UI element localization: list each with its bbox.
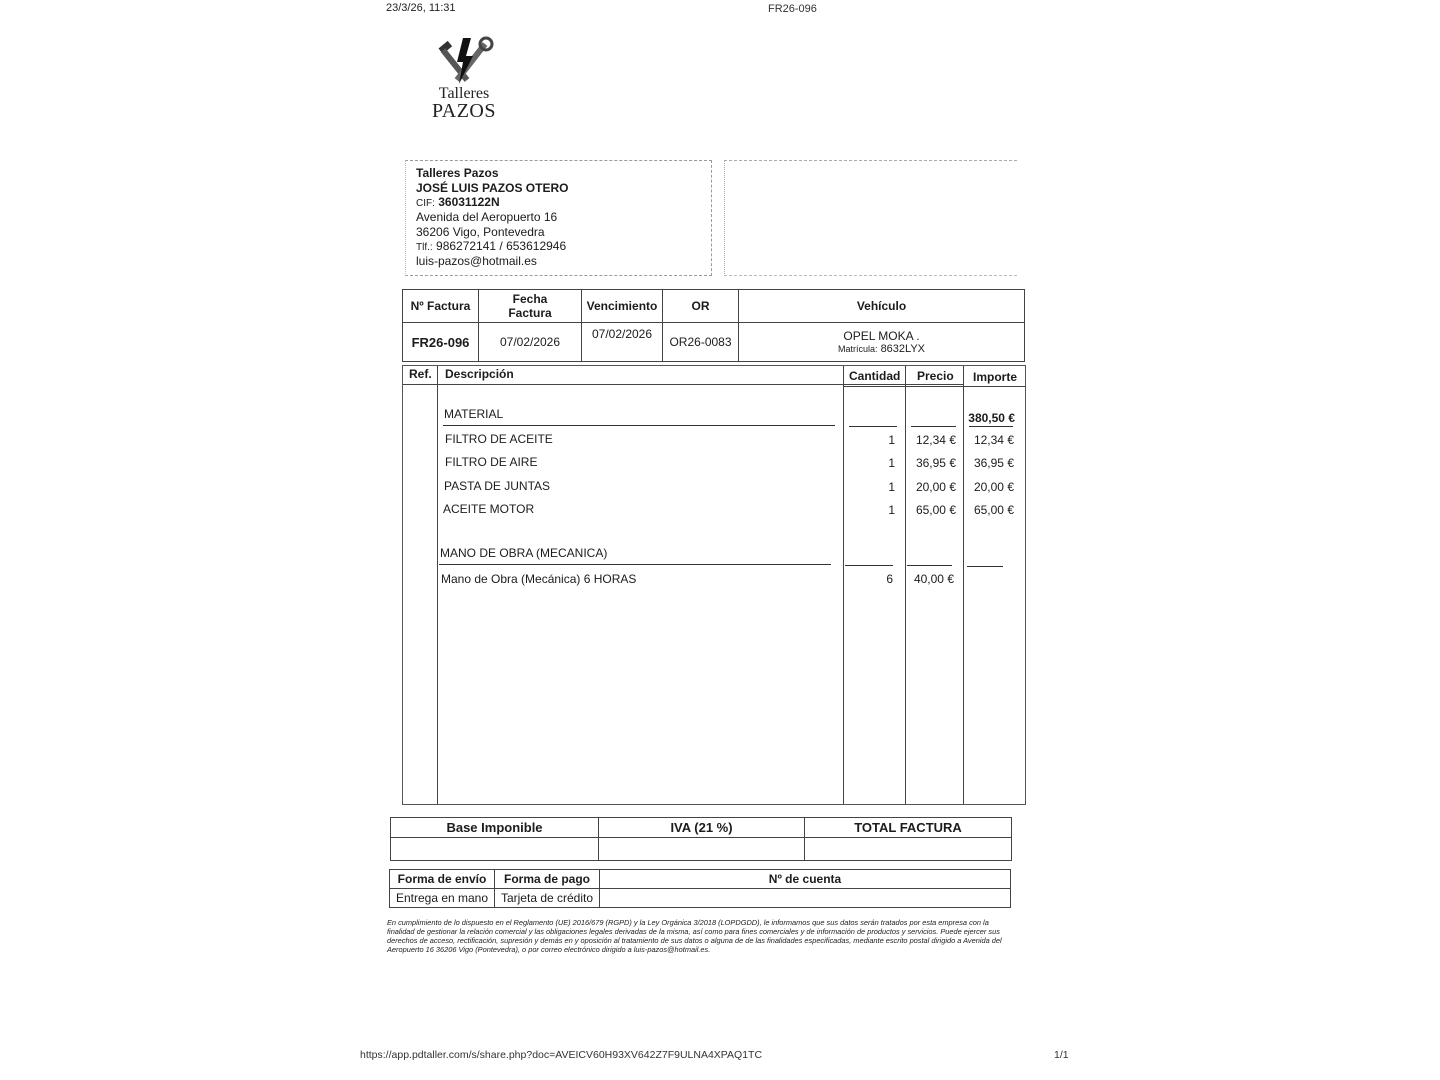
item-qty: 6 bbox=[843, 572, 893, 586]
item-amount: 20,00 € bbox=[963, 480, 1014, 494]
col-vehicle: Vehículo bbox=[739, 290, 1025, 323]
issuer-phone: Tlf.: 986272141 / 653612946 bbox=[416, 239, 566, 255]
group-title-material: MATERIAL bbox=[444, 407, 503, 421]
vehicle-model: OPEL MOKA . bbox=[739, 329, 1024, 343]
item-qty: 1 bbox=[843, 456, 895, 470]
col-ref: Ref. bbox=[409, 367, 432, 381]
group-title-labor: MANO DE OBRA (MECANICA) bbox=[440, 546, 607, 560]
col-base-imponible: Base Imponible bbox=[391, 818, 599, 838]
item-qty: 1 bbox=[843, 480, 895, 494]
issuer-cif: CIF: 36031122N bbox=[416, 195, 500, 211]
cif-label: CIF: bbox=[416, 198, 435, 209]
col-invoice-date: Fecha Factura bbox=[479, 290, 582, 323]
item-description: FILTRO DE AIRE bbox=[445, 455, 537, 469]
col-price: Precio bbox=[917, 369, 954, 383]
issuer-owner: JOSÉ LUIS PAZOS OTERO bbox=[416, 181, 568, 195]
account-number-value bbox=[600, 889, 1011, 908]
item-description: ACEITE MOTOR bbox=[443, 502, 534, 516]
item-amount: 12,34 € bbox=[963, 433, 1014, 447]
item-price: 40,00 € bbox=[905, 572, 954, 586]
logo-text-line2: PAZOS bbox=[428, 102, 500, 120]
item-price: 65,00 € bbox=[905, 503, 956, 517]
col-amount: Importe bbox=[973, 370, 1017, 384]
issuer-company: Talleres Pazos bbox=[416, 166, 499, 180]
print-footer-url: https://app.pdtaller.com/s/share.php?doc… bbox=[360, 1049, 762, 1061]
item-qty: 1 bbox=[843, 433, 895, 447]
col-quantity: Cantidad bbox=[849, 369, 900, 383]
totals-table: Base Imponible IVA (21 %) TOTAL FACTURA bbox=[390, 817, 1012, 861]
plate-value: 8632LYX bbox=[881, 343, 925, 355]
invoice-header-table: Nº Factura Fecha Factura Vencimiento OR … bbox=[402, 289, 1025, 362]
group-subtotal-material: 380,50 € bbox=[965, 411, 1015, 425]
item-qty: 1 bbox=[843, 503, 895, 517]
phone-value: 986272141 / 653612946 bbox=[436, 239, 566, 253]
items-table: Ref. Descripción Cantidad Precio Importe… bbox=[402, 365, 1026, 805]
payment-method-value: Tarjeta de crédito bbox=[495, 889, 600, 908]
col-total-factura: TOTAL FACTURA bbox=[805, 818, 1012, 838]
col-payment-method: Forma de pago bbox=[495, 870, 600, 889]
print-doc-title: FR26-096 bbox=[768, 3, 817, 15]
company-logo: Talleres PAZOS bbox=[428, 36, 500, 120]
item-amount: 36,95 € bbox=[963, 456, 1014, 470]
vehicle-cell: OPEL MOKA . Matrícula: 8632LYX bbox=[739, 323, 1025, 362]
issuer-city: 36206 Vigo, Pontevedra bbox=[416, 225, 545, 239]
item-price: 12,34 € bbox=[905, 433, 956, 447]
base-imponible-value bbox=[391, 838, 599, 861]
or-number: OR26-0083 bbox=[663, 323, 739, 362]
col-due-date: Vencimiento bbox=[582, 290, 663, 323]
cif-value: 36031122N bbox=[438, 195, 499, 209]
vehicle-plate: Matrícula: 8632LYX bbox=[739, 343, 1024, 355]
issuer-box: Talleres Pazos JOSÉ LUIS PAZOS OTERO CIF… bbox=[405, 160, 712, 276]
item-price: 36,95 € bbox=[905, 456, 956, 470]
col-invoice-number: Nº Factura bbox=[403, 290, 479, 323]
col-account-number: Nº de cuenta bbox=[600, 870, 1011, 889]
phone-label: Tlf.: bbox=[416, 242, 433, 253]
col-iva: IVA (21 %) bbox=[599, 818, 805, 838]
tools-lightning-icon bbox=[433, 36, 495, 86]
plate-label: Matrícula: bbox=[838, 344, 878, 354]
recipient-box bbox=[724, 160, 1017, 276]
item-description: PASTA DE JUNTAS bbox=[444, 479, 550, 493]
item-amount: 65,00 € bbox=[963, 503, 1014, 517]
col-shipping-method: Forma de envío bbox=[390, 870, 495, 889]
col-or: OR bbox=[663, 290, 739, 323]
due-date: 07/02/2026 bbox=[582, 323, 663, 362]
invoice-date: 07/02/2026 bbox=[479, 323, 582, 362]
shipping-method-value: Entrega en mano bbox=[390, 889, 495, 908]
item-description: Mano de Obra (Mecánica) 6 HORAS bbox=[441, 572, 636, 586]
print-page-number: 1/1 bbox=[1054, 1049, 1069, 1061]
item-description: FILTRO DE ACEITE bbox=[445, 432, 553, 446]
invoice-number: FR26-096 bbox=[403, 323, 479, 362]
print-datetime: 23/3/26, 11:31 bbox=[386, 2, 456, 14]
col-description: Descripción bbox=[445, 367, 514, 381]
issuer-address: Avenida del Aeropuerto 16 bbox=[416, 210, 557, 224]
legal-notice: En cumplimiento de lo dispuesto en el Re… bbox=[387, 918, 1017, 954]
payment-table: Forma de envío Forma de pago Nº de cuent… bbox=[389, 869, 1011, 908]
iva-value bbox=[599, 838, 805, 861]
total-factura-value bbox=[805, 838, 1012, 861]
item-price: 20,00 € bbox=[905, 480, 956, 494]
issuer-email: luis-pazos@hotmail.es bbox=[416, 254, 537, 268]
